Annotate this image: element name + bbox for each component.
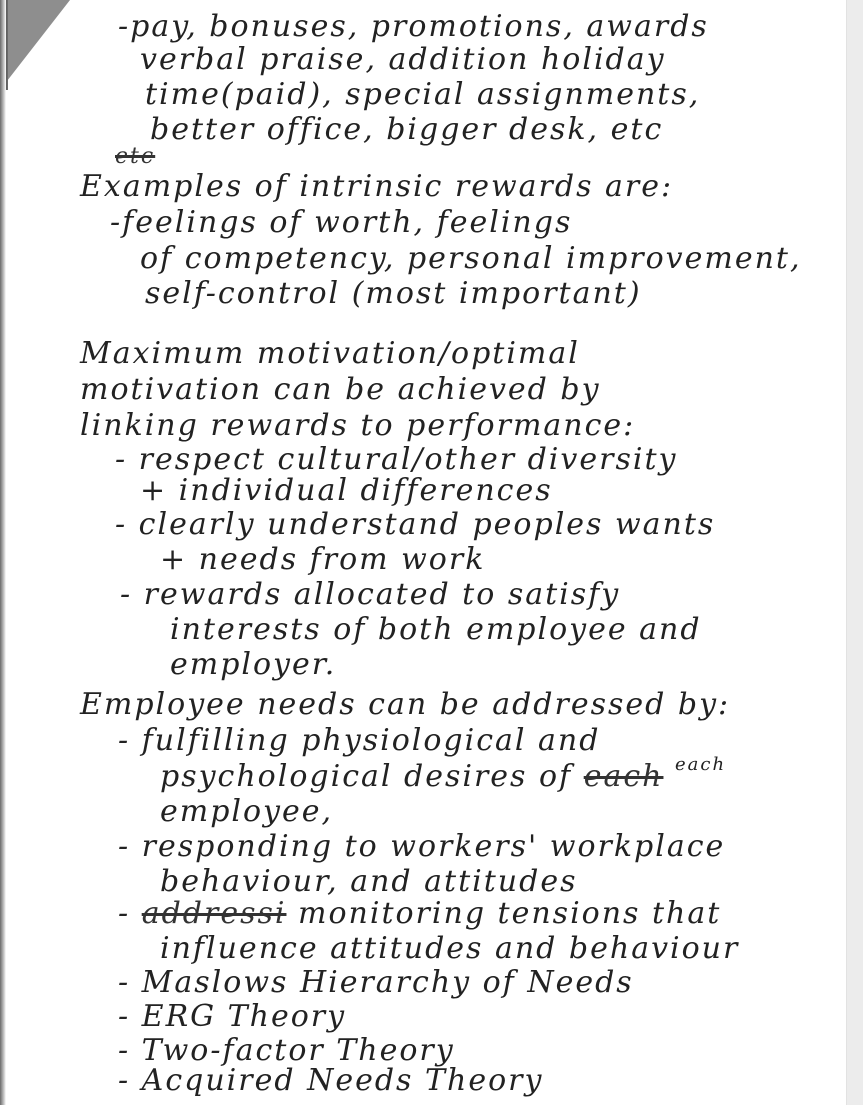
note-line: - clearly understand peoples wants (115, 508, 715, 542)
note-line: - ERG Theory (118, 1000, 346, 1034)
left-scan-edge (0, 0, 6, 1105)
note-line: - Acquired Needs Theory (118, 1064, 543, 1098)
note-line: - responding to workers' workplace (118, 830, 725, 864)
note-line: behaviour, and attitudes (160, 865, 577, 899)
note-line: + individual differences (140, 474, 553, 508)
note-line: influence attitudes and behaviour (160, 932, 739, 966)
note-line: - Maslows Hierarchy of Needs (118, 966, 634, 1000)
section-heading: Employee needs can be addressed by: (80, 688, 730, 722)
note-line: motivation can be achieved by (80, 373, 601, 407)
note-line: - addressi monitoring tensions that (118, 897, 721, 931)
right-scan-edge (846, 0, 863, 1105)
struck-word: each (584, 759, 664, 794)
note-line: better office, bigger desk, etc (150, 113, 663, 147)
note-line: employee, (160, 795, 333, 829)
note-line: verbal praise, addition holiday (140, 43, 666, 77)
folded-corner (0, 0, 70, 90)
section-heading: Maximum motivation/optimal (80, 337, 580, 371)
note-line: + needs from work (160, 543, 485, 577)
note-line: - fulfilling physiological and (118, 724, 600, 758)
note-line: psychological desires of each each (160, 760, 726, 798)
note-line: -feelings of worth, feelings (110, 206, 572, 240)
note-line: - rewards allocated to satisfy (120, 578, 620, 612)
struck-word: addressi (142, 896, 287, 931)
note-line: employer. (170, 648, 336, 682)
note-line: time(paid), special assignments, (145, 78, 700, 112)
scanned-page: -pay, bonuses, promotions, awards verbal… (0, 0, 863, 1105)
note-text: - (118, 896, 142, 931)
note-line: interests of both employee and (170, 613, 702, 647)
note-line: - respect cultural/other diversity (115, 443, 677, 477)
note-line: of competency, personal improvement, (140, 242, 802, 276)
note-text: monitoring tensions that (298, 896, 721, 931)
note-line: -pay, bonuses, promotions, awards (118, 10, 709, 44)
inserted-word: each (675, 754, 726, 775)
note-line: linking rewards to performance: (80, 409, 635, 443)
note-text: psychological desires of (160, 759, 572, 794)
section-heading: Examples of intrinsic rewards are: (80, 170, 673, 204)
note-line: self-control (most important) (145, 277, 642, 311)
